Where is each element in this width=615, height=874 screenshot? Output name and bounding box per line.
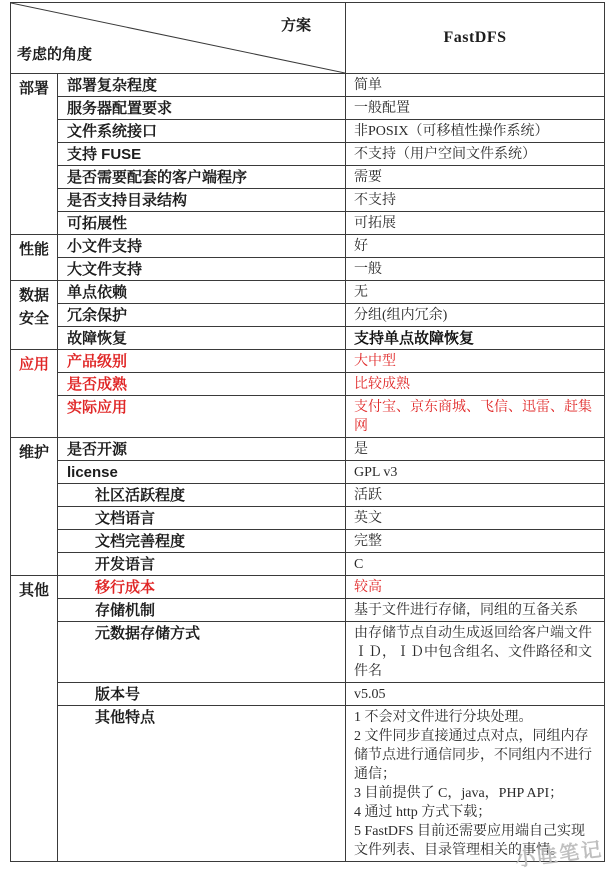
attribute-value: v5.05: [346, 683, 605, 706]
table-row: 性能小文件支持好: [11, 235, 605, 258]
attribute-label: 产品级别: [58, 350, 346, 373]
attribute-label: 实际应用: [58, 396, 346, 438]
attribute-value: C: [346, 553, 605, 576]
table-row: 支持 FUSE不支持（用户空间文件系统）: [11, 143, 605, 166]
attribute-label: 是否成熟: [58, 373, 346, 396]
attribute-value: 较高: [346, 576, 605, 599]
category-cell: 数据安全: [11, 281, 58, 350]
table-row: 文档完善程度完整: [11, 530, 605, 553]
table-row: 实际应用支付宝、京东商城、飞信、迅雷、赶集网: [11, 396, 605, 438]
attribute-value: 不支持（用户空间文件系统）: [346, 143, 605, 166]
attribute-value: 一般配置: [346, 97, 605, 120]
attribute-label: 故障恢复: [58, 327, 346, 350]
attribute-label: 开发语言: [58, 553, 346, 576]
table-row: 文件系统接口非POSIX（可移植性操作系统）: [11, 120, 605, 143]
table-row: 版本号v5.05: [11, 683, 605, 706]
attribute-value: 非POSIX（可移植性操作系统）: [346, 120, 605, 143]
table-row: 元数据存储方式由存储节点自动生成返回给客户端文件ＩＤ，ＩＤ中包含组名、文件路径和…: [11, 622, 605, 683]
attribute-label: 支持 FUSE: [58, 143, 346, 166]
angle-label: 考虑的角度: [17, 43, 92, 64]
table-row: 部署部署复杂程度简单: [11, 74, 605, 97]
attribute-label: 存储机制: [58, 599, 346, 622]
category-cell: 部署: [11, 74, 58, 235]
attribute-value: 支付宝、京东商城、飞信、迅雷、赶集网: [346, 396, 605, 438]
attribute-label: 小文件支持: [58, 235, 346, 258]
attribute-label: 部署复杂程度: [58, 74, 346, 97]
table-row: 存储机制基于文件进行存储，同组的互备关系: [11, 599, 605, 622]
attribute-label: 其他特点: [58, 706, 346, 862]
fastdfs-column-header: FastDFS: [346, 3, 605, 74]
category-cell: 其他: [11, 576, 58, 862]
attribute-label: license: [58, 461, 346, 484]
attribute-value: 支持单点故障恢复: [346, 327, 605, 350]
table-row: 文档语言英文: [11, 507, 605, 530]
table-row: 是否需要配套的客户端程序需要: [11, 166, 605, 189]
attribute-label: 文档语言: [58, 507, 346, 530]
attribute-label: 版本号: [58, 683, 346, 706]
table-row: 其他移行成本较高: [11, 576, 605, 599]
value-line: 4 通过 http 方式下载；: [354, 803, 598, 822]
table-row: 开发语言C: [11, 553, 605, 576]
table-row: 是否支持目录结构不支持: [11, 189, 605, 212]
attribute-label: 服务器配置要求: [58, 97, 346, 120]
attribute-value: 完整: [346, 530, 605, 553]
comparison-sheet: 方案 考虑的角度 FastDFS 部署部署复杂程度简单服务器配置要求一般配置文件…: [10, 2, 605, 862]
value-line: 2 文件同步直接通过点对点，同组内存储节点进行通信同步，不同组内不进行通信；: [354, 727, 598, 784]
table-row: 故障恢复支持单点故障恢复: [11, 327, 605, 350]
header-row: 方案 考虑的角度 FastDFS: [11, 3, 605, 74]
attribute-value: 大中型: [346, 350, 605, 373]
attribute-value: 一般: [346, 258, 605, 281]
scheme-label: 方案: [281, 14, 311, 35]
table-row: 冗余保护分组(组内冗余): [11, 304, 605, 327]
attribute-label: 是否开源: [58, 438, 346, 461]
value-line: 1 不会对文件进行分块处理。: [354, 708, 598, 727]
comparison-table: 方案 考虑的角度 FastDFS 部署部署复杂程度简单服务器配置要求一般配置文件…: [10, 2, 605, 862]
attribute-value: 英文: [346, 507, 605, 530]
attribute-label: 文件系统接口: [58, 120, 346, 143]
attribute-label: 社区活跃程度: [58, 484, 346, 507]
attribute-value: 比较成熟: [346, 373, 605, 396]
attribute-value: 由存储节点自动生成返回给客户端文件ＩＤ，ＩＤ中包含组名、文件路径和文件名: [346, 622, 605, 683]
table-row: 应用产品级别大中型: [11, 350, 605, 373]
value-line: 5 FastDFS 目前还需要应用端自己实现文件列表、目录管理相关的事情。: [354, 822, 598, 860]
category-cell: 维护: [11, 438, 58, 576]
table-row: 维护是否开源是: [11, 438, 605, 461]
value-line: 3 目前提供了 C，java，PHP API；: [354, 784, 598, 803]
corner-header-cell: 方案 考虑的角度: [11, 3, 346, 74]
attribute-value: 需要: [346, 166, 605, 189]
table-row: licenseGPL v3: [11, 461, 605, 484]
attribute-value: 不支持: [346, 189, 605, 212]
attribute-value: 活跃: [346, 484, 605, 507]
attribute-label: 大文件支持: [58, 258, 346, 281]
attribute-label: 元数据存储方式: [58, 622, 346, 683]
attribute-value: 基于文件进行存储，同组的互备关系: [346, 599, 605, 622]
table-row: 社区活跃程度活跃: [11, 484, 605, 507]
attribute-value: 无: [346, 281, 605, 304]
category-cell: 性能: [11, 235, 58, 281]
attribute-label: 是否支持目录结构: [58, 189, 346, 212]
table-row: 是否成熟比较成熟: [11, 373, 605, 396]
attribute-value: 分组(组内冗余): [346, 304, 605, 327]
attribute-label: 冗余保护: [58, 304, 346, 327]
attribute-label: 可拓展性: [58, 212, 346, 235]
attribute-value: 可拓展: [346, 212, 605, 235]
attribute-label: 文档完善程度: [58, 530, 346, 553]
attribute-label: 移行成本: [58, 576, 346, 599]
category-cell: 应用: [11, 350, 58, 438]
attribute-label: 单点依赖: [58, 281, 346, 304]
table-row: 大文件支持一般: [11, 258, 605, 281]
table-row: 其他特点1 不会对文件进行分块处理。2 文件同步直接通过点对点，同组内存储节点进…: [11, 706, 605, 862]
attribute-value: GPL v3: [346, 461, 605, 484]
table-row: 可拓展性可拓展: [11, 212, 605, 235]
attribute-label: 是否需要配套的客户端程序: [58, 166, 346, 189]
attribute-value: 是: [346, 438, 605, 461]
attribute-value: 好: [346, 235, 605, 258]
attribute-value: 简单: [346, 74, 605, 97]
attribute-value: 1 不会对文件进行分块处理。2 文件同步直接通过点对点，同组内存储节点进行通信同…: [346, 706, 605, 862]
table-row: 服务器配置要求一般配置: [11, 97, 605, 120]
table-row: 数据安全单点依赖无: [11, 281, 605, 304]
